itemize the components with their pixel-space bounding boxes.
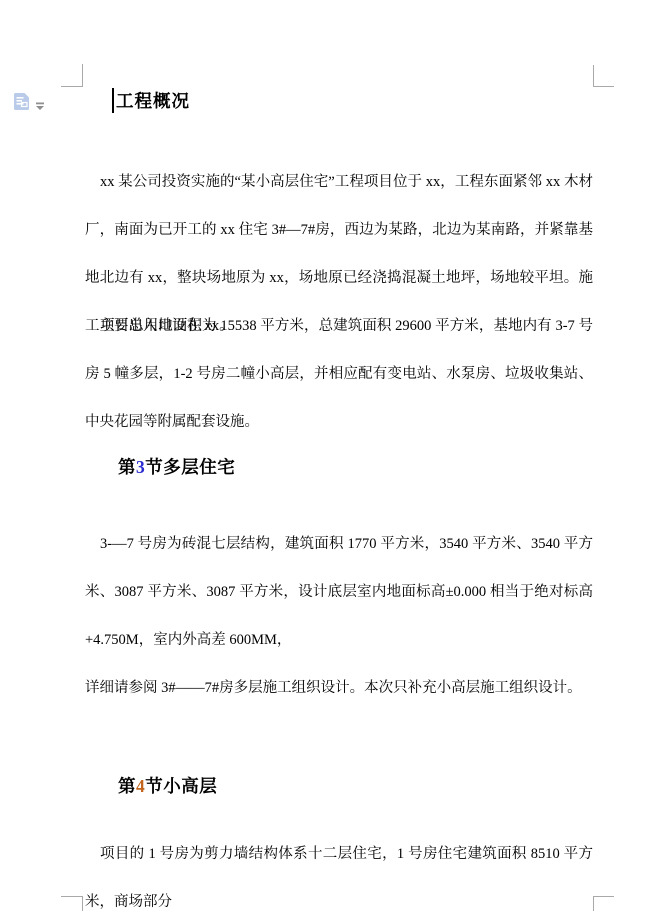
doc-title[interactable]: 工程概况 (116, 88, 190, 114)
section3-number: 3 (136, 457, 145, 477)
text-boundary-mark (593, 86, 614, 87)
section-heading-3[interactable]: 第3节多层住宅 (118, 454, 235, 480)
section3-suffix: 节多层住宅 (145, 457, 235, 477)
paragraph-reference-note[interactable]: 详细请参阅 3#——7#房多层施工组织设计。本次只补充小高层施工组织设计。 (85, 664, 593, 712)
section4-prefix: 第 (118, 776, 136, 796)
paragraph-highrise-detail[interactable]: 项目的 1 号房为剪力墙结构体系十二层住宅，1 号房住宅建筑面积 8510 平方… (85, 830, 593, 924)
paragraph-multilayer-detail[interactable]: 3-—7 号房为砖混七层结构，建筑面积 1770 平方米，3540 平方米、35… (85, 520, 593, 664)
text-boundary-mark (82, 896, 83, 911)
paste-options-icon (11, 90, 33, 117)
section3-prefix: 第 (118, 457, 136, 477)
document-page: 工程概况 xx 某公司投资实施的“某小高层住宅”工程项目位于 xx，工程东面紧邻… (0, 0, 661, 924)
text-cursor (112, 88, 114, 113)
text-boundary-mark (593, 896, 594, 911)
text-boundary-mark (61, 896, 83, 897)
paste-options-button[interactable] (11, 90, 47, 114)
section-heading-4[interactable]: 第4节小高层 (118, 773, 217, 799)
paragraph-site-area[interactable]: 项目总用地面积为 15538 平方米，总建筑面积 29600 平方米，基地内有 … (85, 302, 593, 446)
text-boundary-mark (593, 65, 594, 87)
section4-number: 4 (136, 776, 145, 796)
chevron-down-icon[interactable] (35, 98, 45, 116)
text-boundary-mark (82, 64, 83, 87)
text-boundary-mark (593, 896, 614, 897)
section4-suffix: 节小高层 (145, 776, 217, 796)
text-boundary-mark (61, 86, 83, 87)
